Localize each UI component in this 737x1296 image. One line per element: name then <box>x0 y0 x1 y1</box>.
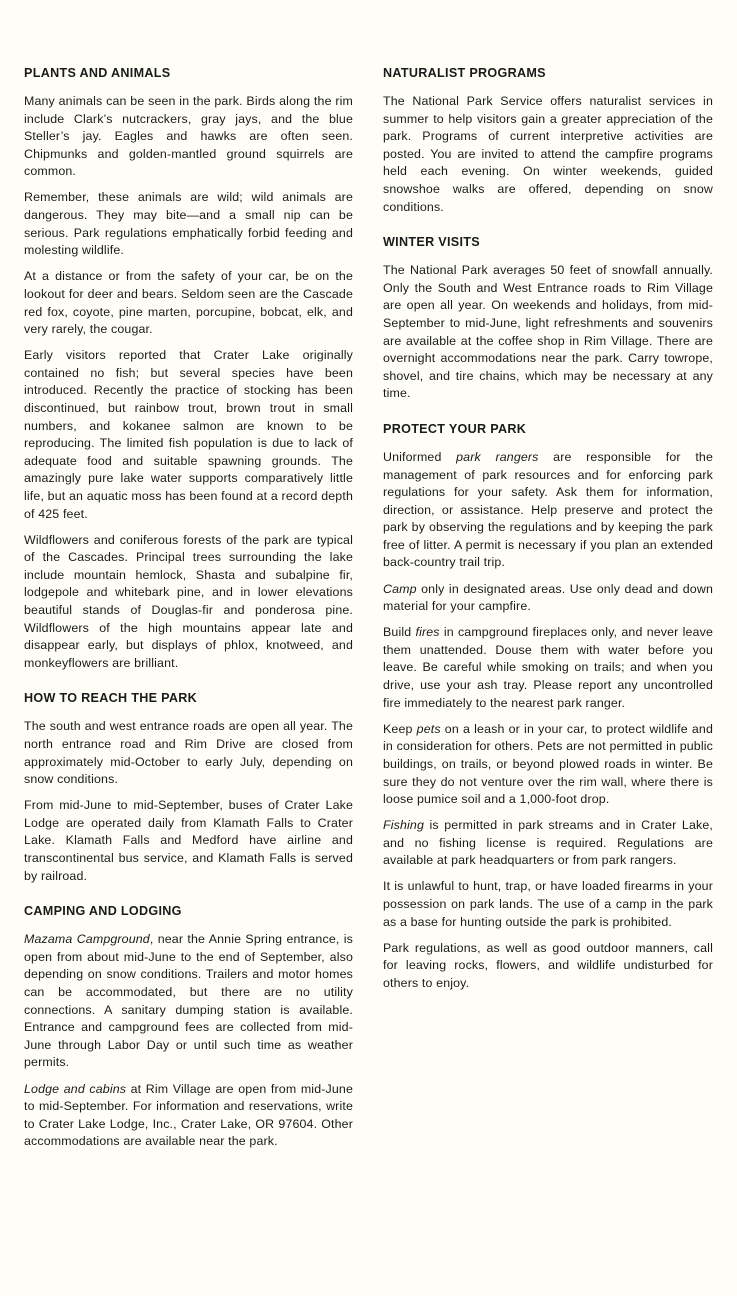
paragraph: Many animals can be seen in the park. Bi… <box>24 93 353 181</box>
section-how-to-reach-the-park: HOW TO REACH THE PARK The south and west… <box>24 689 353 885</box>
section-camping-and-lodging: CAMPING AND LODGING Mazama Campground, n… <box>24 902 353 1151</box>
section-winter-visits: WINTER VISITS The National Park averages… <box>383 233 713 403</box>
italic-term: Lodge and cabins <box>24 1082 126 1096</box>
paragraph: Early visitors reported that Crater Lake… <box>24 347 353 523</box>
italic-term: Camp <box>383 582 417 596</box>
paragraph: Wildflowers and coniferous forests of th… <box>24 532 353 673</box>
paragraph-text: is permitted in park streams and in Crat… <box>383 818 713 867</box>
section-naturalist-programs: NATURALIST PROGRAMS The National Park Se… <box>383 64 713 216</box>
paragraph: Fishing is permitted in park streams and… <box>383 817 713 870</box>
paragraph-text: , near the Annie Spring entrance, is ope… <box>24 932 353 1069</box>
paragraph: The National Park Service offers natural… <box>383 93 713 216</box>
paragraph: Build fires in campground fireplaces onl… <box>383 624 713 712</box>
section-protect-your-park: PROTECT YOUR PARK Uniformed park rangers… <box>383 420 713 993</box>
paragraph: It is unlawful to hunt, trap, or have lo… <box>383 878 713 931</box>
paragraph-text: are responsible for the management of pa… <box>383 450 713 570</box>
paragraph: Keep pets on a leash or in your car, to … <box>383 721 713 809</box>
italic-term: park rangers <box>456 450 538 464</box>
paragraph: Camp only in designated areas. Use only … <box>383 581 713 616</box>
section-heading: PROTECT YOUR PARK <box>383 420 713 438</box>
paragraph-pre: Build <box>383 625 415 639</box>
right-column: NATURALIST PROGRAMS The National Park Se… <box>383 64 713 1010</box>
paragraph: Lodge and cabins at Rim Village are open… <box>24 1081 353 1151</box>
section-plants-and-animals: PLANTS AND ANIMALS Many animals can be s… <box>24 64 353 672</box>
italic-term: fires <box>415 625 439 639</box>
paragraph-pre: Keep <box>383 722 417 736</box>
section-heading: PLANTS AND ANIMALS <box>24 64 353 82</box>
paragraph: Remember, these animals are wild; wild a… <box>24 189 353 259</box>
section-heading: HOW TO REACH THE PARK <box>24 689 353 707</box>
paragraph-pre: Uniformed <box>383 450 456 464</box>
left-column: PLANTS AND ANIMALS Many animals can be s… <box>24 64 353 1168</box>
paragraph: From mid-June to mid-September, buses of… <box>24 797 353 885</box>
italic-term: Fishing <box>383 818 424 832</box>
section-heading: CAMPING AND LODGING <box>24 902 353 920</box>
paragraph: The National Park averages 50 feet of sn… <box>383 262 713 403</box>
section-heading: WINTER VISITS <box>383 233 713 251</box>
section-heading: NATURALIST PROGRAMS <box>383 64 713 82</box>
paragraph: Mazama Campground, near the Annie Spring… <box>24 931 353 1072</box>
paragraph: The south and west entrance roads are op… <box>24 718 353 788</box>
paragraph: Uniformed park rangers are responsible f… <box>383 449 713 572</box>
paragraph-text: only in designated areas. Use only dead … <box>383 582 713 614</box>
italic-term: pets <box>417 722 441 736</box>
paragraph: At a distance or from the safety of your… <box>24 268 353 338</box>
italic-term: Mazama Campground <box>24 932 150 946</box>
paragraph: Park regulations, as well as good outdoo… <box>383 940 713 993</box>
